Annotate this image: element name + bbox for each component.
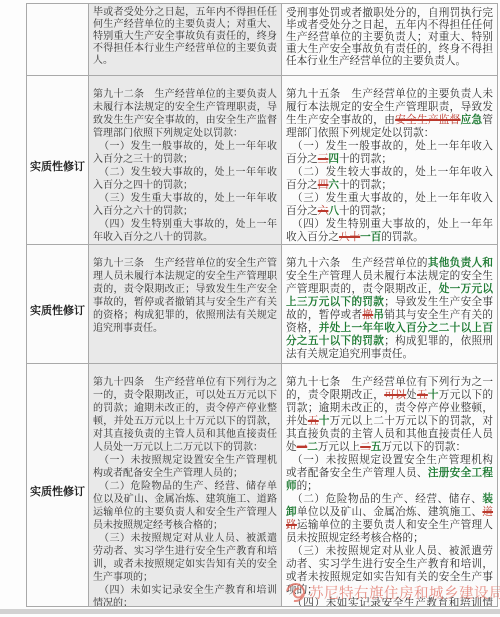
law-paragraph: （三）未按照规定对从业人员、被派遣劳动者、实习学生进行安全生产教育和培训，或者未…: [93, 532, 277, 584]
revision-label-cell: 实质性修订: [27, 364, 89, 607]
law-text: 十的罚款；: [339, 205, 392, 217]
revision-label: 实质性修订: [30, 158, 85, 174]
law-text: 运输单位的主要负责人和安全生产管理人员未按照规定经考核合格的；: [286, 519, 493, 544]
law-text: 毕或者受处分之日起，五年内不得担任任何生产经营单位的主要负责人；对重大、特别重大…: [93, 7, 277, 66]
new-law-cell: 第九十五条 生产经营单位的主要负责人未履行本法规定的安全生产管理职责，导致发生生…: [282, 76, 498, 245]
table-row: 实质性修订 第九十三条 生产经营单位的安全生产管理人员未履行本法规定的安全生产管…: [27, 245, 498, 364]
added-text: 吊: [373, 309, 384, 321]
new-law-cell: 第九十六条 生产经营单位的其他负责人和安全生产管理人员未履行本法规定的安全生产管…: [282, 245, 498, 364]
deleted-text: 六: [318, 205, 329, 217]
law-paragraph: （一）未按照规定设置安全生产管理机构或者配备安全生产管理人员、注册安全工程师的；: [286, 454, 493, 493]
law-paragraph: （二）危险物品的生产、经营、储存单位以及矿山、金属冶炼、建筑施工、道路运输单位的…: [93, 480, 277, 532]
law-text: 万元以上: [318, 441, 360, 453]
law-paragraph: 毕或者受处分之日起，五年内不得担任任何生产经营单位的主要负责人；对重大、特别重大…: [93, 7, 277, 67]
law-paragraph: 第九十三条 生产经营单位的安全生产管理人员未履行本法规定的安全生产管理职责的，责…: [93, 257, 277, 335]
new-law-cell: 受刑事处罚或者撤职处分的，自刑罚执行完毕或者受处分之日起，五年内不得担任任何生产…: [282, 4, 498, 76]
law-paragraph: （三）发生重大事故的，处上一年年收入百分之六八十的罚款；: [286, 192, 493, 218]
deleted-text: 三: [318, 153, 329, 165]
old-law-cell: 毕或者受处分之日起，五年内不得担任任何生产经营单位的主要负责人；对重大、特别重大…: [89, 4, 282, 76]
law-text: （三）发生重大事故的，处上一年年收入百分之六十的罚款；: [93, 193, 277, 217]
deleted-text: 撤: [362, 309, 373, 321]
law-text: （一）发生一般事故的，处上一年年收入百分之三十的罚款；: [93, 141, 277, 165]
revision-label-cell: [27, 4, 89, 76]
law-text: （四）未如实记录安全生产教育和培训情况的；: [93, 585, 277, 607]
law-paragraph: （一）发生一般事故的，处上一年年收入百分之三十的罚款；: [93, 140, 277, 166]
added-text: 四: [328, 153, 339, 165]
added-text: 六: [328, 179, 339, 191]
law-paragraph: （一）未按照规定设置安全生产管理机构或者配备安全生产管理人员的；: [93, 454, 277, 480]
deleted-text: 一: [297, 441, 308, 453]
law-paragraph: （四）未如实记录安全生产教育和培训情况: [286, 597, 493, 607]
law-paragraph: （三）发生重大事故的，处上一年年收入百分之六十的罚款；: [93, 192, 277, 218]
law-paragraph: （三）未按照规定对从业人员、被派遣劳动者、实习学生进行安全生产教育和培训，或者未…: [286, 545, 493, 597]
added-text: 十: [319, 415, 330, 427]
revision-label: 实质性修订: [30, 302, 85, 318]
revision-label-cell: 实质性修订: [27, 76, 89, 245]
law-text: 十的罚款；: [339, 153, 392, 165]
deleted-text: 五: [308, 415, 319, 427]
law-text: 第九十四条 生产经营单位有下列行为之一的，责令限期改正，可以处五万元以下的罚款；…: [93, 377, 277, 453]
revision-label: 实质性修订: [30, 483, 85, 499]
law-paragraph: 受刑事处罚或者撤职处分的，自刑罚执行完毕或者受处分之日起，五年内不得担任任何生产…: [286, 7, 493, 67]
law-paragraph: （二）发生较大事故的，处上一年年收入百分之四六十的罚款；: [286, 166, 493, 192]
law-text: （三）未按照规定对从业人员、被派遣劳动者、实习学生进行安全生产教育和培训，或者未…: [93, 533, 277, 583]
old-law-cell: 第九十四条 生产经营单位有下列行为之一的，责令限期改正，可以处五万元以下的罚款；…: [89, 364, 282, 607]
table-row: 实质性修订 第九十二条 生产经营单位的主要负责人未履行本法规定的安全生产管理职责…: [27, 76, 498, 245]
law-text: （三）未按照规定对从业人员、被派遣劳动者、实习学生进行安全生产教育和培训，或者未…: [286, 545, 493, 596]
law-text: 单位以及矿山、金属冶炼、建筑施工、: [297, 506, 483, 518]
comparison-table: 毕或者受处分之日起，五年内不得担任任何生产经营单位的主要负责人；对重大、特别重大…: [26, 3, 498, 607]
added-text: 应急: [461, 114, 483, 126]
law-text: （四）发生特别重大事故的，处上一年年收入百分之八十的罚款。: [93, 219, 277, 243]
law-paragraph: （四）发生特别重大事故的，处上一年年收入百分之八十一百的罚款。: [286, 218, 493, 244]
law-text: （二）发生较大事故的，处上一年年收入百分之四十的罚款；: [93, 167, 277, 191]
law-paragraph: 第九十七条 生产经营单位有下列行为之一的，责令限期改正，可以处五十万元以下的罚款…: [286, 376, 493, 454]
deleted-text: 二: [360, 441, 371, 453]
deleted-text: 安全生产监督: [395, 114, 460, 126]
law-text: 万元以下的罚款：: [381, 441, 466, 453]
law-text: 的；: [297, 480, 318, 492]
law-paragraph: （四）发生特别重大事故的，处上一年年收入百分之八十的罚款。: [93, 218, 277, 244]
deleted-text: 五: [417, 389, 428, 401]
law-text: 受刑事处罚或者撤职处分的，自刑罚执行完毕或者受处分之日起，五年内不得担任任何生产…: [286, 7, 493, 67]
table-row: 毕或者受处分之日起，五年内不得担任任何生产经营单位的主要负责人；对重大、特别重大…: [27, 4, 498, 76]
added-text: 八: [328, 205, 339, 217]
bottom-divider: [0, 609, 500, 614]
added-text: 一百: [360, 231, 381, 243]
law-text: （四）未如实记录安全生产教育和培训情况: [286, 597, 493, 607]
added-text: 十: [428, 389, 439, 401]
old-law-cell: 第九十三条 生产经营单位的安全生产管理人员未履行本法规定的安全生产管理职责的，责…: [89, 245, 282, 364]
law-text: 第九十六条 生产经营单位的: [286, 257, 428, 269]
law-paragraph: （二）发生较大事故的，处上一年年收入百分之四十的罚款；: [93, 166, 277, 192]
law-paragraph: 第九十四条 生产经营单位有下列行为之一的，责令限期改正，可以处五万元以下的罚款；…: [93, 376, 277, 454]
law-text: 处: [406, 389, 417, 401]
law-text: 第九十二条 生产经营单位的主要负责人未履行本法规定的安全生产管理职责，导致发生生…: [93, 89, 277, 139]
law-text: （二）危险物品的生产、经营、储存单位以及矿山、金属冶炼、建筑施工、道路运输单位的…: [93, 481, 277, 531]
document-page: 毕或者受处分之日起，五年内不得担任任何生产经营单位的主要负责人；对重大、特别重大…: [0, 0, 500, 617]
law-paragraph: （四）未如实记录安全生产教育和培训情况的；: [93, 584, 277, 607]
added-text: 二: [307, 441, 318, 453]
law-text: 的罚款。: [381, 231, 423, 243]
law-paragraph: 第九十二条 生产经营单位的主要负责人未履行本法规定的安全生产管理职责，导致发生生…: [93, 88, 277, 140]
law-text: （一）未按照规定设置安全生产管理机构或者配备安全生产管理人员的；: [93, 455, 277, 479]
old-law-cell: 第九十二条 生产经营单位的主要负责人未履行本法规定的安全生产管理职责，导致发生生…: [89, 76, 282, 245]
added-text: 其他负责人和: [428, 257, 493, 269]
law-paragraph: （一）发生一般事故的，处上一年年收入百分之三四十的罚款；: [286, 140, 493, 166]
law-text: 十的罚款；: [339, 179, 392, 191]
law-paragraph: 第九十六条 生产经营单位的其他负责人和安全生产管理人员未履行本法规定的安全生产管…: [286, 257, 493, 361]
deleted-text: 八十: [339, 231, 360, 243]
new-law-cell: 第九十七条 生产经营单位有下列行为之一的，责令限期改正，可以处五十万元以下的罚款…: [282, 364, 498, 607]
law-paragraph: 第九十五条 生产经营单位的主要负责人未履行本法规定的安全生产管理职责，导致发生生…: [286, 88, 493, 140]
added-text: 五: [371, 441, 382, 453]
table-row: 实质性修订 第九十四条 生产经营单位有下列行为之一的，责令限期改正，可以处五万元…: [27, 364, 498, 607]
law-text: 第九十三条 生产经营单位的安全生产管理人员未履行本法规定的安全生产管理职责的，责…: [93, 258, 277, 334]
deleted-text: 四: [318, 179, 329, 191]
deleted-text: 可以: [384, 389, 406, 401]
revision-label-cell: 实质性修订: [27, 245, 89, 364]
law-paragraph: （二）危险物品的生产、经营、储存、装卸单位以及矿山、金属冶炼、建筑施工、道路运输…: [286, 493, 493, 545]
law-text: （二）危险物品的生产、经营、储存、: [292, 493, 482, 505]
